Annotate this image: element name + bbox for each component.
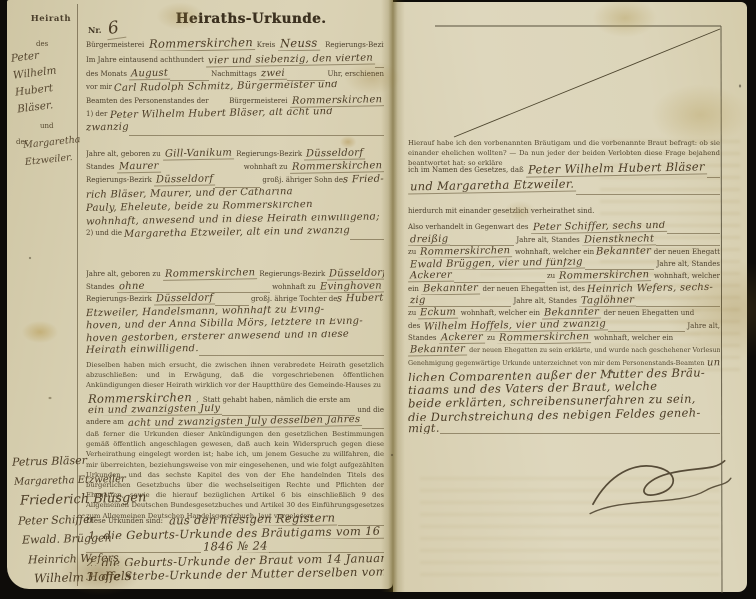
form-line: Standes ohne wohnhaft zu Evinghoven [86, 281, 384, 294]
handwritten-entry: ohne [117, 281, 147, 293]
form-line: Genehmigung gegenwärtige Urkunde unterze… [408, 357, 720, 369]
form-line: lichen Comparenten außer der Mutter des … [408, 368, 720, 381]
printed-text: wohnhaft zu [270, 283, 318, 291]
form-line: Pauly, Eheleute, beide zu Rommerskirchen [86, 201, 384, 214]
form-line: hoven gestorben, ersterer anwesend und i… [86, 331, 384, 344]
printed-text: Bürgermeisterei [229, 97, 290, 105]
printed-text: andere am [86, 418, 126, 426]
printed-text: Kreis [255, 41, 278, 49]
handwritten-entry: hoven gestorben, ersterer anwesend und i… [86, 331, 349, 344]
printed-text: wohnhaft, welcher [652, 272, 720, 280]
printed-text: wohnhaft, welcher ein [592, 334, 673, 342]
declaration-lines: ich im Namen des Gesetzes, daß Peter Wil… [408, 161, 720, 195]
printed-text: der neuen Ehegatten und [601, 309, 694, 317]
printed-text: Jahre alt, [685, 322, 720, 330]
form-line: zig Jahre alt, Standes Taglöhner [408, 295, 720, 307]
rule-line [576, 191, 720, 195]
form-line: Also verhandelt in Gegenwart des Peter S… [408, 221, 720, 233]
handwritten-entry: zwei [259, 68, 287, 80]
printed-text: ich im Namen des Gesetzes, daß [408, 166, 526, 174]
handwritten-entry: Gill-Vanikum [163, 148, 234, 161]
handwritten-entry: Bekannter [596, 246, 651, 257]
document-title: Heiraths-Urkunde. [126, 11, 376, 27]
handwritten-entry: Ackerer [439, 332, 485, 344]
printed-text: Beamten des Personenstandes der [86, 97, 209, 105]
form-line: vor mir Carl Rudolph Schmitz, Bürgermeis… [86, 81, 384, 95]
printed-text: , Statt gehabt haben, nämlich die erste … [194, 396, 350, 404]
form-line: Standes Maurerwohnhaft zu Rommerskirchen [86, 161, 384, 174]
handwritten-entry: beide erklärten, schreibensunerfahren zu… [408, 394, 696, 407]
printed-text: wohnhaft, welcher ein [513, 248, 597, 256]
handwritten-entry: Rommerskirchen [290, 95, 384, 108]
handwritten-entry: tigams und des Vaters der Braut, welche [408, 381, 657, 394]
handwritten-entry: Bekannter [421, 283, 480, 295]
margin-groom-name: Peter Wilhelm Hubert Bläser. [10, 46, 62, 119]
handwritten-entry: Rommerskirchen [163, 268, 257, 281]
handwritten-entry: zwanzig [86, 122, 129, 133]
form-line: hoven, und der Anna Sibilla Mörs, letzte… [86, 318, 384, 331]
handwritten-entry: Ackerer [408, 270, 454, 282]
printed-text: des [408, 322, 422, 330]
form-line: hierdurch mit einander gesetzlich verhei… [408, 207, 720, 219]
handwritten-entry: vier und siebenzig, den vierten [206, 54, 375, 67]
handwritten-entry: hoven, und der Anna Sibilla Mörs, letzte… [86, 318, 363, 331]
handwritten-entry: Düsseldorf [154, 293, 215, 306]
rule-line [707, 174, 720, 178]
handwritten-entry: Düsseldorf, [327, 268, 384, 281]
handwritten-entry: Evinghoven [318, 281, 384, 294]
handwritten-entry: Etzweiler, Handelsmann, wohnhaft zu Evin… [86, 306, 324, 319]
form-line: Standes Ackerer zu Rommerskirchen wohnha… [408, 332, 720, 344]
form-line: andere am acht und zwanzigsten July dess… [86, 416, 384, 429]
rule-line [636, 303, 720, 307]
handwritten-entry: migt. [408, 421, 440, 434]
form-line: zwanzig [86, 122, 384, 136]
handwritten-entry: und sämmt- [706, 357, 720, 369]
rule-line [362, 425, 384, 429]
document-photo: Heirath des Peter Wilhelm Hubert Bläser.… [0, 0, 756, 599]
handwritten-entry: s Hubert [337, 293, 384, 304]
form-line: ein und zwanzigsten July und die [86, 404, 384, 417]
rule-line [667, 230, 720, 234]
handwritten-entry: s Fried- [343, 174, 384, 185]
handwritten-entry: Rommerskirchen [497, 332, 591, 344]
handwritten-entry: Dienstknecht [582, 234, 656, 246]
form-line: des Wilhelm Hoffels, vier und zwanzig Ja… [408, 320, 720, 332]
printed-text: zu [485, 334, 498, 342]
printed-text: Standes [408, 334, 439, 342]
printed-text: zu [545, 272, 558, 280]
form-line: ich im Namen des Gesetzes, daß Peter Wil… [408, 161, 720, 178]
printed-text: wohnhaft, welcher ein [459, 309, 543, 317]
form-line: Etzweiler, Handelsmann, wohnhaft zu Evin… [86, 306, 384, 319]
printed-text: Jahre alt, geboren zu [86, 270, 163, 278]
form-line: Im Jahre eintausend achthundert vier und… [86, 54, 384, 68]
handwritten-entry: Rommerskirchen [290, 161, 384, 174]
handwritten-entry: Düsseldorf [154, 174, 215, 187]
handwritten-entry: Peter Wilhelm Hubert Bläser [526, 161, 707, 178]
form-line: dreißig Jahre alt, Standes Dienstknecht [408, 234, 720, 246]
form-line: Bürgermeisterei Rommerskirchen Kreis Neu… [86, 36, 384, 51]
margin-section-label: Heirath [31, 14, 71, 24]
margin-bride-name: Margaretha Etzweiler. [22, 131, 83, 171]
form-line: ein Bekannter der neuen Ehegatten ist, d… [408, 283, 720, 295]
printed-text: Regierungs-Bezirk [86, 176, 154, 184]
form-line: des Monats August Nachmittags zwei Uhr, … [86, 68, 384, 82]
handwritten-entry: Pauly, Eheleute, beide zu Rommerskirchen [86, 201, 313, 214]
printed-text: des Monats [86, 70, 129, 78]
handwritten-entry: wohnhaft, anwesend und in diese Heirath … [86, 214, 380, 227]
handwritten-entry: August [129, 68, 170, 80]
printed-text: Jahre alt, Standes [514, 236, 582, 244]
handwritten-entry: Taglöhner [579, 295, 637, 307]
closing-handwritten-section: lichen Comparenten außer der Mutter des … [408, 368, 720, 434]
handwritten-entry: Margaretha Etzweiler, alt ein und zwanzi… [124, 227, 350, 240]
form-line: Beamten des Personenstandes derBürgermei… [86, 95, 384, 109]
printed-text: Standes [86, 163, 117, 171]
handwritten-entry: und Margaretha Etzweiler. [408, 178, 576, 194]
banns-dates-lines: Rommerskirchen , Statt gehabt haben, näm… [86, 391, 384, 429]
rule-line [656, 242, 720, 246]
printed-text: Uhr, erschienen [325, 70, 384, 78]
groom-section: Jahre alt, geboren zu Gill-Vanikum Regie… [86, 148, 384, 240]
printed-text: Standes [86, 283, 117, 291]
form-line: migt. [408, 421, 720, 434]
intro-section: Im Jahre eintausend achthundert vier und… [86, 54, 384, 136]
printed-text: Also verhandelt in Gegenwart des [408, 223, 531, 231]
form-line: Regierungs-Bezirk Düsseldorf großj. ähri… [86, 174, 384, 187]
printed-text: wohnhaft zu [244, 163, 290, 171]
form-line: zu Eckum wohnhaft, welcher ein Bekannter… [408, 307, 720, 319]
printed-text: zu [408, 248, 418, 256]
handwritten-entry: rich Bläser, Maurer, und der Catharina [86, 188, 293, 201]
form-line: und Margaretha Etzweiler. [408, 178, 720, 195]
handwritten-entry: Peter Schiffer, sechs und [531, 221, 668, 233]
printed-text: 2) und die [86, 229, 124, 237]
printed-text: 1) der [86, 110, 110, 118]
printed-text: Jahre alt, geboren zu [86, 150, 163, 158]
handwritten-entry: Maurer [117, 161, 161, 173]
handwritten-entry: Düsseldorf [304, 148, 365, 161]
printed-text: Regierungs-Bezirk [257, 270, 327, 278]
witnesses-section: hierdurch mit einander gesetzlich verhei… [408, 207, 720, 369]
printed-text: Jahre alt, Standes [654, 260, 720, 268]
margin-und-label: und [40, 122, 54, 130]
printed-text: der neuen Ehegatten, des [651, 248, 720, 256]
printed-text: Genehmigung gegenwärtige Urkunde unterze… [408, 359, 707, 367]
bride-section: Jahre alt, geboren zu Rommerskirchen Reg… [86, 268, 384, 356]
rule-line [440, 430, 720, 434]
form-line: Regierungs-Bezirk Düsseldorf großj. ähri… [86, 293, 384, 306]
printed-text: vor mir [86, 83, 114, 91]
handwritten-entry: Bekannter [542, 307, 601, 319]
printed-text: der neuen Ehegatten zu sein erklärte, un… [467, 346, 720, 354]
signatures-block: Petrus Bläser Margaretha Etzweiler Fried… [12, 450, 222, 587]
handwritten-entry: Wilhelm Hoffels, vier und zwanzig [422, 320, 608, 332]
form-line: 2) und die Margaretha Etzweiler, alt ein… [86, 227, 384, 240]
form-line: tigams und des Vaters der Braut, welche [408, 381, 720, 394]
form-line: Ewald Brüggen, vier und fünfzig Jahre al… [408, 258, 720, 270]
form-line: zu Rommerskirchen wohnhaft, welcher ein … [408, 246, 720, 258]
printed-text: zu [408, 309, 418, 317]
handwritten-entry: ein und zwanzigsten July [86, 404, 222, 417]
handwritten-entry: Rommerskirchen [557, 270, 651, 282]
printed-text: Im Jahre eintausend achthundert [86, 56, 206, 64]
form-line: beide erklärten, schreibensunerfahren zu… [408, 394, 720, 407]
printed-text: Bürgermeisterei [86, 41, 147, 49]
rule-line [129, 132, 384, 136]
rule-line [375, 64, 384, 68]
handwritten-entry: dreißig [408, 234, 450, 246]
printed-text: Jahre alt, Standes [511, 297, 579, 305]
handwritten-entry: Neuss [277, 36, 319, 51]
handwritten-entry: Ewald Brüggen, vier und fünfzig [408, 258, 585, 270]
handwritten-entry: Eckum [418, 307, 458, 319]
handwritten-entry: Bekannter [408, 344, 467, 356]
handwritten-entry: zig [408, 295, 428, 307]
rule-line [350, 236, 384, 240]
handwritten-entry: lichen Comparenten außer der Mutter des … [408, 368, 705, 381]
handwritten-entry: Rommerskirchen [146, 36, 254, 51]
form-line: Heirath einwilligend. [86, 344, 384, 357]
form-line: Ackerer zu Rommerskirchen wohnhaft, welc… [408, 270, 720, 282]
handwritten-entry: Rommerskirchen [418, 246, 512, 258]
form-line: rich Bläser, Maurer, und der Catharina [86, 188, 384, 201]
handwritten-entry: Carl Rudolph Schmitz, Bürgermeister und [114, 81, 338, 94]
handwritten-entry: die Durchstreichung des nebigen Feldes g… [408, 408, 701, 421]
form-line: 1) der Peter Wilhelm Hubert Bläser, alt … [86, 108, 384, 122]
form-line: Bekannter der neuen Ehegatten zu sein er… [408, 344, 720, 356]
printed-text: Regierungs-Bezirk [234, 150, 304, 158]
printed-text: großj. ähriger Sohn de [260, 176, 343, 184]
printed-text: Nachmittags [209, 70, 259, 78]
printed-text: Regierungs-Bezirk Düsseldorf. [325, 41, 384, 49]
handwritten-entry: Rommerskirchen [86, 391, 194, 404]
rule-line [199, 352, 384, 356]
printed-text: und die [355, 406, 384, 414]
record-number-label: Nr. [88, 25, 102, 35]
form-line: Rommerskirchen , Statt gehabt haben, näm… [86, 391, 384, 404]
printed-text: Regierungs-Bezirk [86, 295, 154, 303]
printed-text: der neuen Ehegatten ist, des [480, 285, 587, 293]
handwritten-entry: Heirath einwilligend. [86, 344, 199, 356]
printed-text: hierdurch mit einander gesetzlich verhei… [408, 207, 594, 215]
form-line: Jahre alt, geboren zu Rommerskirchen Reg… [86, 268, 384, 281]
printed-text: großj. ährige Tochter de [249, 295, 338, 303]
form-line: die Durchstreichung des nebigen Feldes g… [408, 408, 720, 421]
form-line: Jahre alt, geboren zu Gill-Vanikum Regie… [86, 148, 384, 161]
handwritten-entry: Peter Wilhelm Hubert Bläser, alt acht un… [110, 108, 333, 121]
banns-paragraph-1: Dieselben haben mich ersucht, die zwisch… [86, 360, 384, 391]
signature-wilhelm-hoffels: Wilhelm Hoffels [34, 565, 222, 589]
municipality-line: Bürgermeisterei Rommerskirchen Kreis Neu… [86, 36, 384, 51]
printed-text: ein [408, 285, 421, 293]
rule-line [608, 328, 685, 332]
form-line: wohnhaft, anwesend und in diese Heirath … [86, 214, 384, 227]
handwritten-entry: acht und zwanzigsten July desselben Jahr… [126, 416, 362, 429]
handwritten-entry: Heinrich Wefers, sechs- [587, 283, 713, 295]
